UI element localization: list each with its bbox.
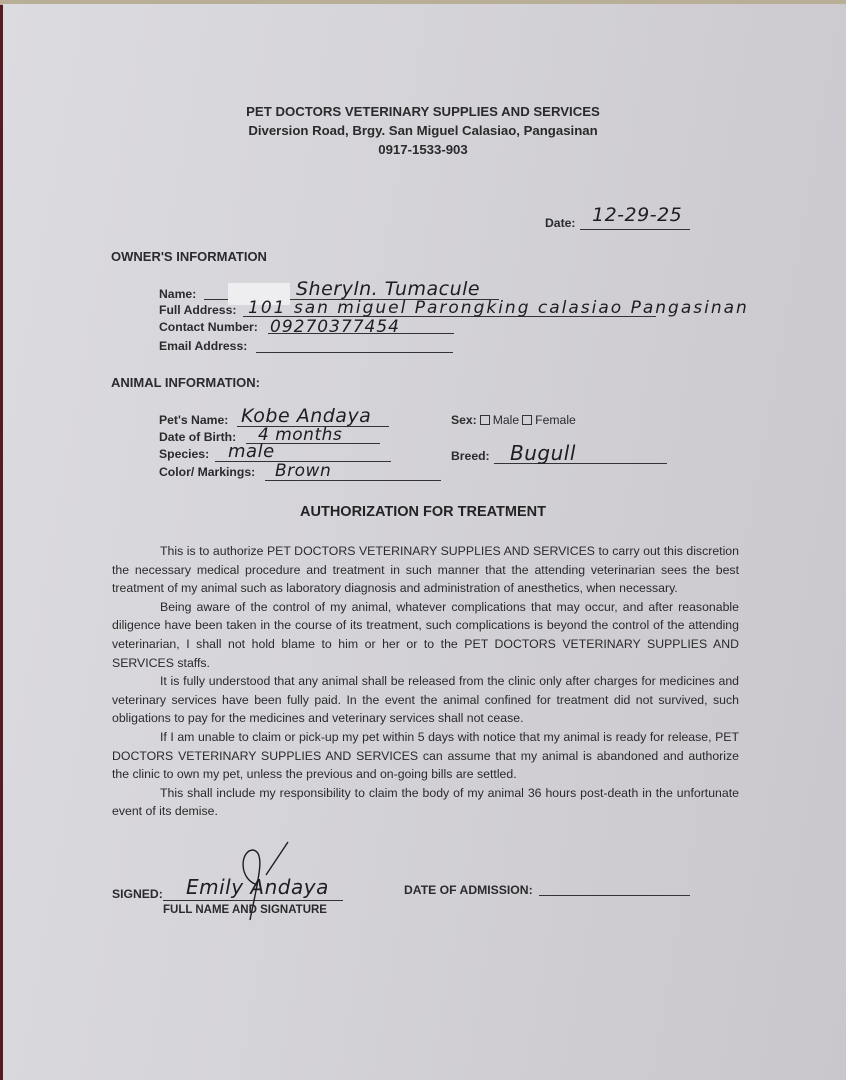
- date-line: [580, 229, 690, 230]
- signature-flourish: [228, 840, 298, 930]
- breed-label: Breed:: [451, 449, 490, 463]
- authorization-body: This is to authorize PET DOCTORS VETERIN…: [112, 542, 739, 821]
- animal-section-title: ANIMAL INFORMATION:: [111, 375, 260, 390]
- business-address: Diversion Road, Brgy. San Miguel Calasia…: [0, 123, 846, 138]
- authorization-paragraph: This is to authorize PET DOCTORS VETERIN…: [112, 542, 739, 598]
- male-option-label: Male: [493, 413, 519, 427]
- business-name: PET DOCTORS VETERINARY SUPPLIES AND SERV…: [0, 104, 846, 119]
- owner-contact-value[interactable]: 09270377454: [270, 317, 400, 337]
- female-checkbox[interactable]: [522, 415, 532, 425]
- color-label: Color/ Markings:: [159, 465, 255, 479]
- breed-value[interactable]: Bugull: [510, 441, 576, 465]
- owner-name-value[interactable]: Sheryln. Tumacule: [296, 278, 480, 300]
- dob-label: Date of Birth:: [159, 430, 236, 444]
- date-value[interactable]: 12-29-25: [592, 204, 682, 226]
- authorization-paragraph: This shall include my responsibility to …: [112, 784, 739, 821]
- owner-contact-label: Contact Number:: [159, 320, 258, 334]
- date-label: Date:: [545, 216, 575, 230]
- sex-label: Sex:: [451, 413, 477, 427]
- authorization-paragraph: Being aware of the control of my animal,…: [112, 598, 739, 672]
- owner-section-title: OWNER'S INFORMATION: [111, 249, 267, 264]
- color-value[interactable]: Brown: [275, 461, 331, 481]
- owner-name-label: Name:: [159, 287, 196, 301]
- owner-email-label: Email Address:: [159, 339, 247, 353]
- signature-caption: FULL NAME AND SIGNATURE: [163, 904, 327, 916]
- owner-address-label: Full Address:: [159, 303, 236, 317]
- signed-label: SIGNED:: [112, 887, 163, 901]
- owner-email-line[interactable]: [256, 352, 453, 353]
- species-label: Species:: [159, 447, 209, 461]
- sex-field: Sex:MaleFemale: [451, 413, 576, 427]
- pet-name-label: Pet's Name:: [159, 413, 228, 427]
- species-value[interactable]: male: [228, 441, 275, 462]
- authorization-title: AUTHORIZATION FOR TREATMENT: [0, 504, 846, 520]
- pet-name-value[interactable]: Kobe Andaya: [241, 405, 371, 427]
- female-option-label: Female: [535, 413, 576, 427]
- male-checkbox[interactable]: [480, 415, 490, 425]
- business-phone: 0917-1533-903: [0, 142, 846, 157]
- owner-address-value[interactable]: 101 san miguel Parongking calasiao Panga…: [248, 298, 749, 318]
- authorization-paragraph: If I am unable to claim or pick-up my pe…: [112, 728, 739, 784]
- admission-date-label: DATE OF ADMISSION:: [404, 883, 533, 897]
- admission-date-line[interactable]: [539, 895, 690, 896]
- authorization-paragraph: It is fully understood that any animal s…: [112, 672, 739, 728]
